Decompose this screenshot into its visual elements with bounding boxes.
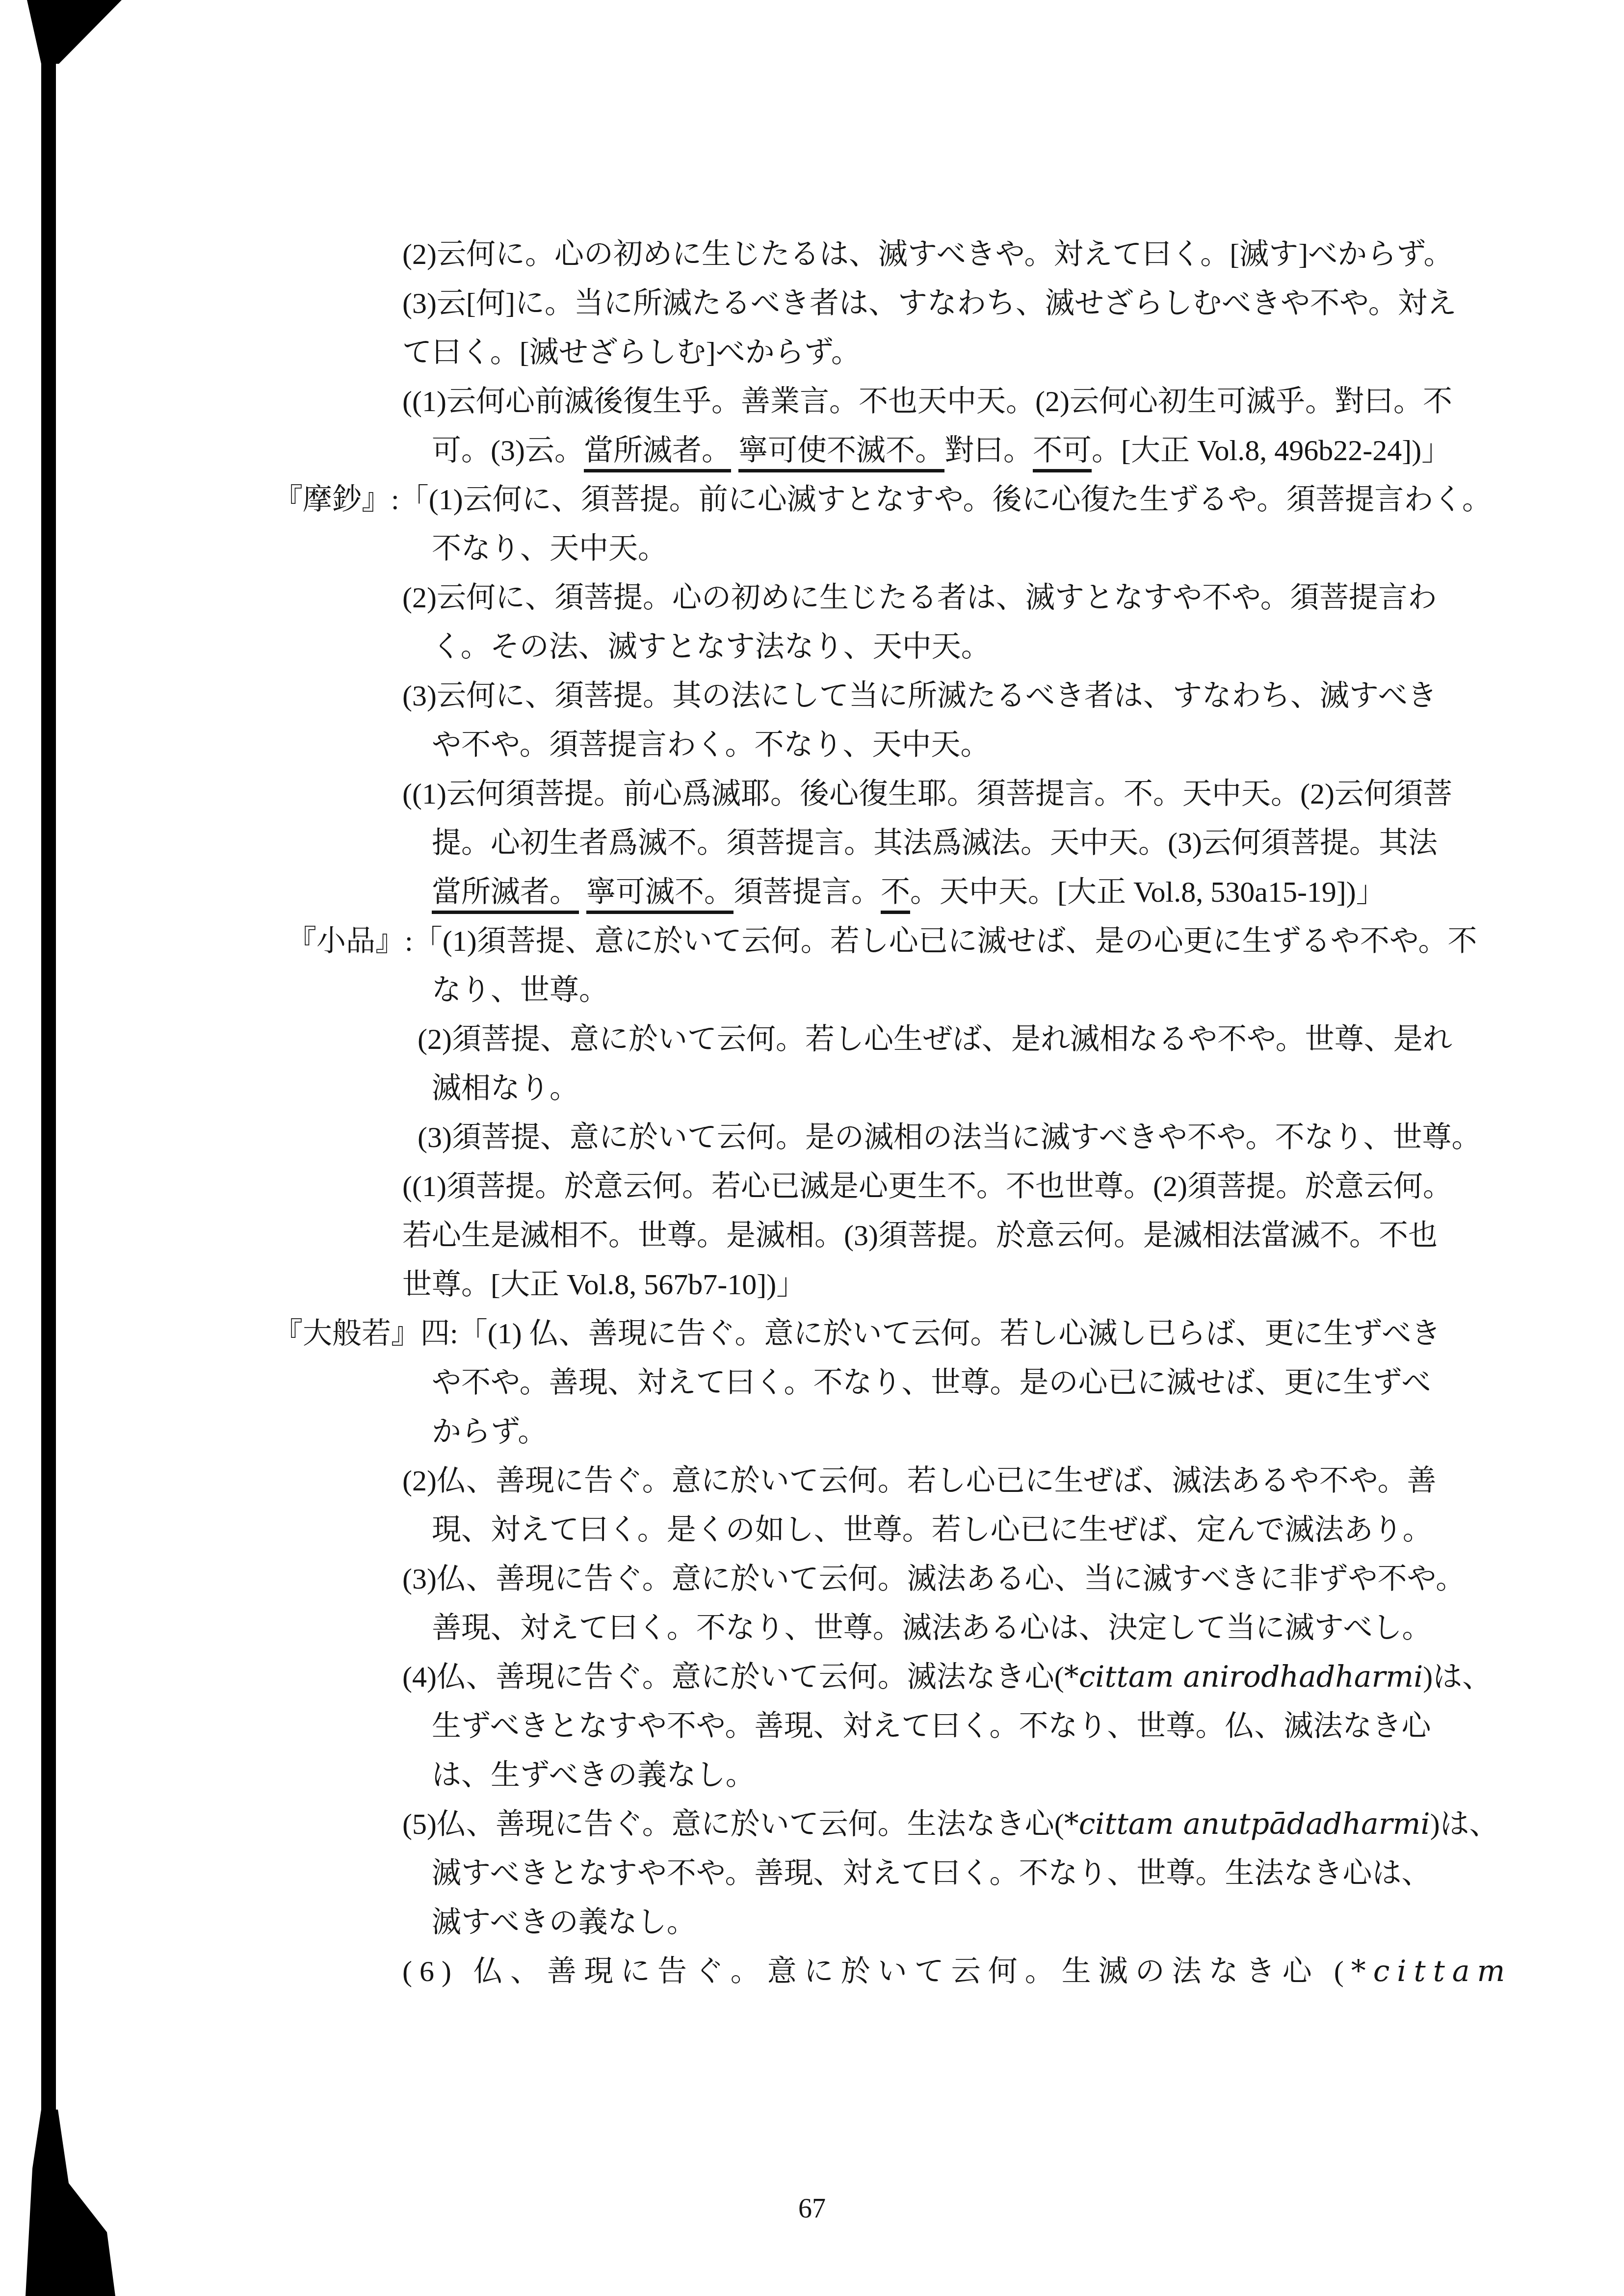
- sanskrit-italic-text: *cittam: [1351, 1954, 1513, 1988]
- text-line: く。その法、滅すとなす法なり、天中天。: [432, 622, 1624, 671]
- text-line: (2)須菩提、意に於いて云何。若し心生ぜば、是れ滅相なるや不や。世尊、是れ: [418, 1015, 1624, 1064]
- text-line: (2)云何に、須菩提。心の初めに生じたる者は、滅すとなすや不や。須菩提言わ: [402, 573, 1624, 622]
- text-line: (3)云[何]に。当に所滅たるべき者は、すなわち、滅せざらしむべきや不や。対え: [402, 279, 1624, 328]
- text-segment: ((1)云何須菩提。前心爲滅耶。後心復生耶。須菩提言。不。天中天。(2)云何須菩: [402, 778, 1452, 810]
- text-segment: 。[大正 Vol.8, 496b22-24])」: [1092, 434, 1451, 467]
- text-line: 生ずべきとなすや不や。善現、対えて曰く。不なり、世尊。仏、滅法なき心: [432, 1701, 1624, 1750]
- sanskrit-italic-text: *cittam anirodhadharmi: [1064, 1660, 1423, 1694]
- text-segment: からず。: [432, 1415, 547, 1448]
- text-segment: 不なり、天中天。: [432, 532, 667, 565]
- text-segment: 提。心初生者爲滅不。須菩提言。其法爲滅法。天中天。(3)云何須菩提。其法: [432, 827, 1438, 859]
- text-segment: (3)云何に、須菩提。其の法にして当に所滅たるべき者は、すなわち、滅すべき: [402, 679, 1437, 712]
- text-line: 若心生是滅相不。世尊。是滅相。(3)須菩提。於意云何。是滅相法當滅不。不也: [402, 1211, 1624, 1260]
- text-segment: (3)仏、善現に告ぐ。意に於いて云何。滅法ある心、当に滅すべきに非ずや不や。: [402, 1563, 1465, 1595]
- text-segment: 若心生是滅相不。世尊。是滅相。(3)須菩提。於意云何。是滅相法當滅不。不也: [402, 1219, 1438, 1252]
- text-line: 不なり、天中天。: [432, 524, 1624, 573]
- scan-gutter-top-wedge: [0, 0, 147, 69]
- text-segment: 可。(3)云。: [432, 434, 584, 467]
- text-line: ((1)云何心前滅後復生乎。善業言。不也天中天。(2)云何心初生可滅乎。對曰。不: [402, 377, 1624, 426]
- text-segment: 滅すべきとなすや不や。善現、対えて曰く。不なり、世尊。生法なき心は、: [432, 1857, 1431, 1889]
- text-segment: ((1)須菩提。於意云何。若心已滅是心更生不。不也世尊。(2)須菩提。於意云何。: [402, 1170, 1452, 1202]
- text-line: (4)仏、善現に告ぐ。意に於いて云何。滅法なき心(*cittam anirodh…: [402, 1652, 1624, 1701]
- text-segment: (2)云何に、須菩提。心の初めに生じたる者は、滅すとなすや不や。須菩提言わ: [402, 581, 1437, 614]
- text-segment: (4)仏、善現に告ぐ。意に於いて云何。滅法なき心(: [402, 1661, 1064, 1693]
- text-segment: ((1)云何心前滅後復生乎。善業言。不也天中天。(2)云何心初生可滅乎。對曰。不: [402, 385, 1452, 417]
- text-segment: (3)云[何]に。当に所滅たるべき者は、すなわち、滅せざらしむべきや不や。対え: [402, 287, 1457, 319]
- underlined-text: 當所滅者。: [584, 434, 731, 472]
- text-segment: 滅相なり。: [432, 1072, 579, 1104]
- text-line: ((1)云何須菩提。前心爲滅耶。後心復生耶。須菩提言。不。天中天。(2)云何須菩: [402, 769, 1624, 818]
- text-line: (3)須菩提、意に於いて云何。是の滅相の法当に滅すべきや不や。不なり、世尊。: [418, 1113, 1624, 1162]
- text-segment: 滅すべきの義なし。: [432, 1906, 696, 1938]
- text-line: 滅相なり。: [432, 1064, 1624, 1113]
- text-segment: )は、: [1430, 1808, 1499, 1840]
- text-line: からず。: [432, 1407, 1624, 1456]
- text-line: 提。心初生者爲滅不。須菩提言。其法爲滅法。天中天。(3)云何須菩提。其法: [432, 818, 1624, 867]
- text-line: ((1)須菩提。於意云何。若心已滅是心更生不。不也世尊。(2)須菩提。於意云何。: [402, 1162, 1624, 1211]
- text-line: や不や。須菩提言わく。不なり、天中天。: [432, 720, 1624, 769]
- text-line: 可。(3)云。當所滅者。 寧可使不滅不。對曰。不可。[大正 Vol.8, 496…: [432, 426, 1624, 475]
- text-segment: や不や。須菩提言わく。不なり、天中天。: [432, 729, 990, 761]
- text-line: て曰く。[滅せざらしむ]べからず。: [402, 328, 1624, 377]
- text-line: 滅すべきの義なし。: [432, 1898, 1624, 1947]
- text-segment: や不や。善現、対えて曰く。不なり、世尊。是の心已に滅せば、更に生ずべ: [432, 1366, 1431, 1399]
- text-line: 『小品』:「(1)須菩提、意に於いて云何。若し心已に滅せば、是の心更に生ずるや不…: [287, 916, 1624, 965]
- underlined-text: 不可: [1033, 434, 1092, 472]
- text-line: (3)云何に、須菩提。其の法にして当に所滅たるべき者は、すなわち、滅すべき: [402, 671, 1624, 720]
- text-segment: (3)須菩提、意に於いて云何。是の滅相の法当に滅すべきや不や。不なり、世尊。: [418, 1121, 1481, 1153]
- text-line: 世尊。[大正 Vol.8, 567b7-10])」: [402, 1260, 1624, 1309]
- text-segment: (5)仏、善現に告ぐ。意に於いて云何。生法なき心(: [402, 1808, 1064, 1840]
- text-line: 滅すべきとなすや不や。善現、対えて曰く。不なり、世尊。生法なき心は、: [432, 1849, 1624, 1898]
- text-segment: 『小品』:「(1)須菩提、意に於いて云何。若し心已に滅せば、是の心更に生ずるや不…: [287, 925, 1477, 957]
- text-segment: (2)仏、善現に告ぐ。意に於いて云何。若し心已に生ぜば、滅法あるや不や。善: [402, 1464, 1437, 1497]
- page-number: 67: [0, 2193, 1624, 2224]
- text-segment: (6) 仏、善現に告ぐ。意に於いて云何。生滅の法なき心 (: [402, 1955, 1351, 1987]
- text-line: (3)仏、善現に告ぐ。意に於いて云何。滅法ある心、当に滅すべきに非ずや不や。: [402, 1554, 1624, 1603]
- text-segment: 現、対えて曰く。是くの如し、世尊。若し心已に生ぜば、定んで滅法あり。: [432, 1513, 1432, 1546]
- underlined-text: 不: [881, 876, 910, 914]
- text-line: (2)云何に。心の初めに生じたるは、滅すべきや。対えて曰く。[滅す]べからず。: [402, 230, 1624, 279]
- text-line: (2)仏、善現に告ぐ。意に於いて云何。若し心已に生ぜば、滅法あるや不や。善: [402, 1456, 1624, 1505]
- text-line: は、生ずべきの義なし。: [432, 1750, 1624, 1800]
- text-line: 現、対えて曰く。是くの如し、世尊。若し心已に生ぜば、定んで滅法あり。: [432, 1505, 1624, 1554]
- text-segment: は、生ずべきの義なし。: [432, 1759, 755, 1791]
- text-segment: 對曰。: [944, 434, 1033, 467]
- text-line: 『摩鈔』:「(1)云何に、須菩提。前に心滅すとなすや。後に心復た生ずるや。須菩提…: [273, 475, 1624, 524]
- text-block: (2)云何に。心の初めに生じたるは、滅すべきや。対えて曰く。[滅す]べからず。(…: [0, 230, 1624, 1996]
- text-segment: 。天中天。[大正 Vol.8, 530a15-19])」: [910, 876, 1386, 908]
- text-line: 『大般若』四:「(1) 仏、善現に告ぐ。意に於いて云何。若し心滅し已らば、更に生…: [273, 1309, 1624, 1358]
- text-segment: (2)須菩提、意に於いて云何。若し心生ぜば、是れ滅相なるや不や。世尊、是れ: [418, 1023, 1452, 1055]
- text-line: (5)仏、善現に告ぐ。意に於いて云何。生法なき心(*cittam anutpād…: [402, 1800, 1624, 1849]
- text-segment: 善現、対えて曰く。不なり、世尊。滅法ある心は、決定して当に滅すべし。: [432, 1612, 1432, 1644]
- text-segment: て曰く。[滅せざらしむ]べからず。: [402, 336, 861, 368]
- text-line: 當所滅者。 寧可滅不。須菩提言。不。天中天。[大正 Vol.8, 530a15-…: [432, 867, 1624, 916]
- underlined-text: 當所滅者。: [432, 876, 579, 914]
- underlined-text: 寧可使不滅不。: [738, 434, 944, 472]
- text-segment: )は、: [1423, 1661, 1492, 1693]
- text-segment: [731, 434, 738, 467]
- text-segment: [579, 876, 586, 908]
- text-segment: 『摩鈔』:「(1)云何に、須菩提。前に心滅すとなすや。後に心復た生ずるや。須菩提…: [273, 483, 1492, 516]
- text-line: や不や。善現、対えて曰く。不なり、世尊。是の心已に滅せば、更に生ずべ: [432, 1358, 1624, 1407]
- text-line: (6) 仏、善現に告ぐ。意に於いて云何。生滅の法なき心 (*cittam: [402, 1947, 1624, 1996]
- sanskrit-italic-text: *cittam anutpādadharmi: [1064, 1807, 1430, 1841]
- text-segment: なり、世尊。: [432, 974, 608, 1006]
- text-line: なり、世尊。: [432, 965, 1624, 1015]
- text-segment: 須菩提言。: [733, 876, 881, 908]
- text-segment: 生ずべきとなすや不や。善現、対えて曰く。不なり、世尊。仏、滅法なき心: [432, 1710, 1431, 1742]
- text-segment: く。その法、滅すとなす法なり、天中天。: [432, 630, 991, 663]
- text-line: 善現、対えて曰く。不なり、世尊。滅法ある心は、決定して当に滅すべし。: [432, 1603, 1624, 1652]
- text-segment: 世尊。[大正 Vol.8, 567b7-10])」: [402, 1268, 806, 1301]
- text-segment: (2)云何に。心の初めに生じたるは、滅すべきや。対えて曰く。[滅す]べからず。: [402, 238, 1453, 270]
- text-segment: 『大般若』四:「(1) 仏、善現に告ぐ。意に於いて云何。若し心滅し已らば、更に生…: [273, 1317, 1441, 1350]
- underlined-text: 寧可滅不。: [586, 876, 733, 914]
